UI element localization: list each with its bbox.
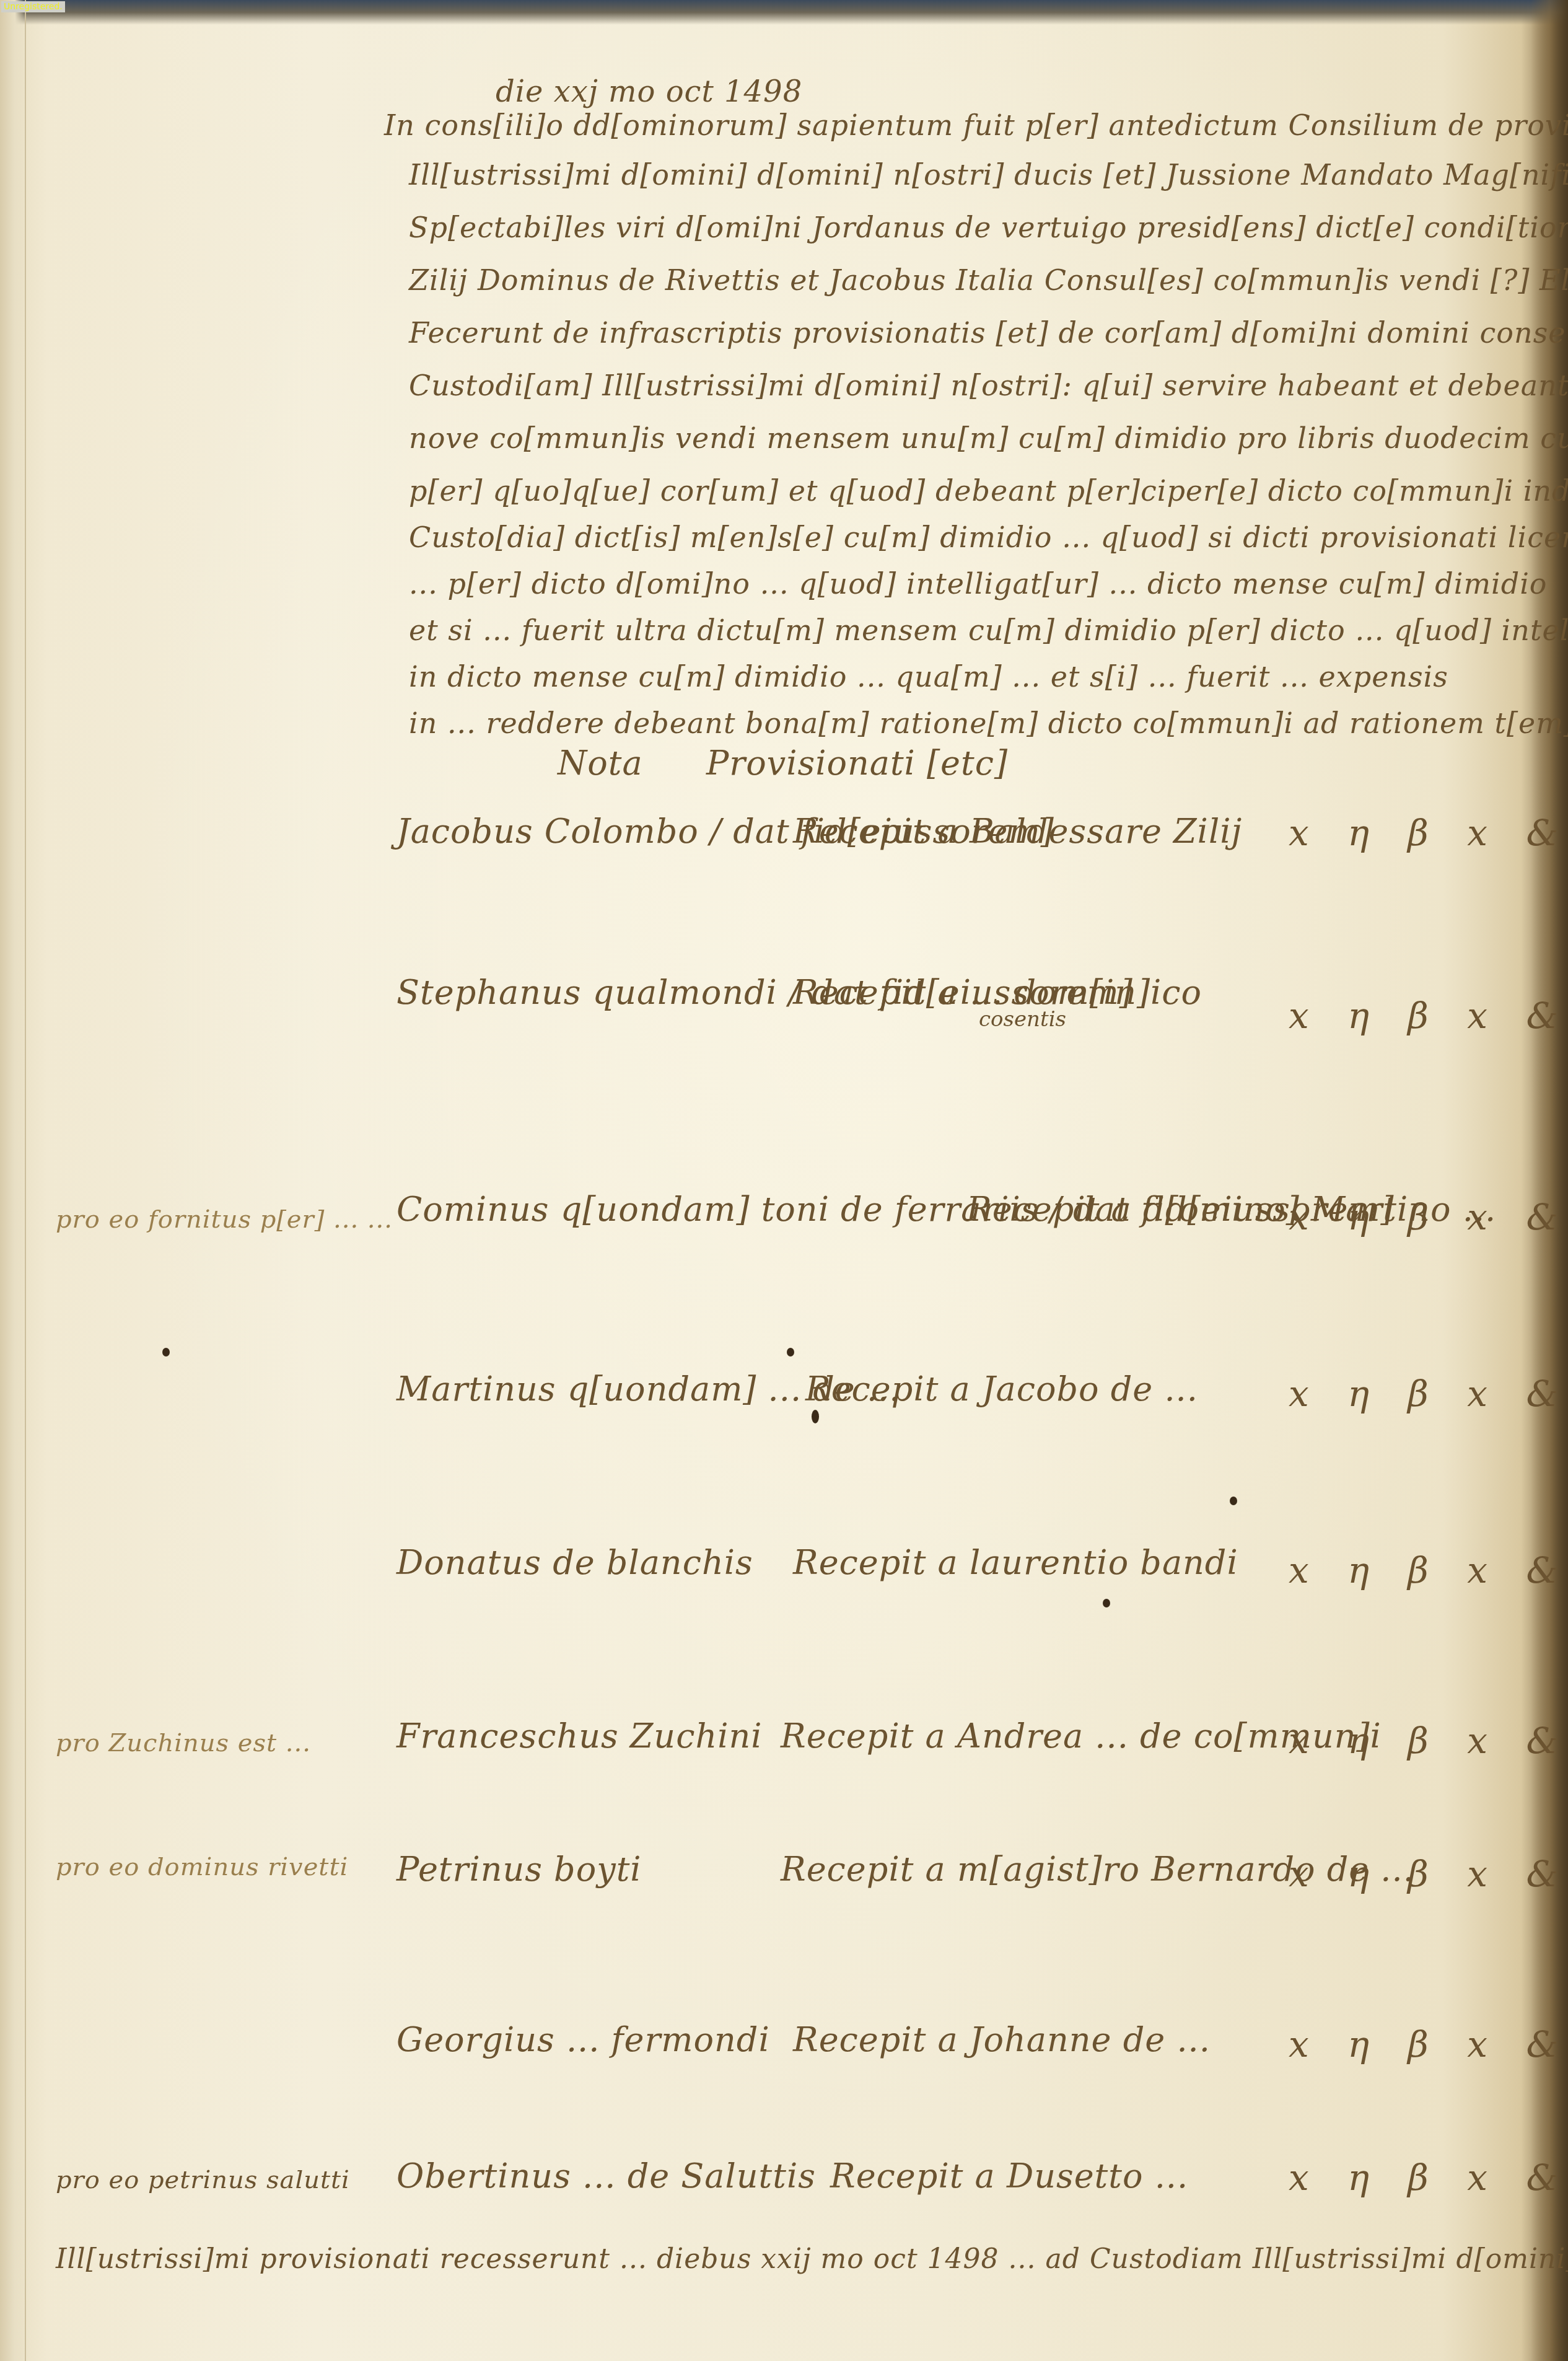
entry-marks: x η β x & [1289, 995, 1568, 1037]
entry-name: Obertinus ... de Saluttis [396, 2157, 816, 2196]
entry-surety: Recepit a Jacobo de ... [805, 1370, 1198, 1409]
entry-marks: x η β x & [1289, 1373, 1568, 1415]
date-line: die xxj mo oct 1498 [496, 74, 802, 109]
entry-surety: Recepit a laurentio bandi [793, 1543, 1238, 1582]
ink-blot [812, 1410, 819, 1423]
paragraph-line: Zilij Dominus de Rivettis et Jacobus Ita… [409, 263, 1568, 297]
paragraph-line: Ill[ustrissi]mi d[omini] d[omini] n[ostr… [409, 158, 1568, 191]
ink-blot [1103, 1599, 1110, 1607]
entry-marks: x η β x & [1289, 1853, 1568, 1895]
entry-marks: x η β x & [1289, 1720, 1568, 1762]
paragraph-line: in dicto mense cu[m] dimidio ... qua[m] … [409, 660, 1448, 693]
entry-name: Donatus de blanchis [396, 1543, 753, 1582]
paragraph-line: et si ... fuerit ultra dictu[m] mensem c… [409, 613, 1568, 647]
entry-name: Georgius ... fermondi [396, 2020, 770, 2059]
ink-blot [1230, 1497, 1237, 1505]
entry-marks: x η β x & [1289, 1196, 1568, 1238]
paragraph-line: Custodi[am] Ill[ustrissi]mi d[omini] n[o… [409, 369, 1568, 402]
list-heading-provisionati: Provisionati [etc] [706, 744, 1008, 783]
manuscript-page: Unregistered. die xxj mo oct 1498 In con… [0, 0, 1568, 2361]
paragraph-line: in ... reddere debeant bona[m] ratione[m… [409, 706, 1568, 740]
ink-blot [162, 1348, 170, 1356]
footer-line: Ill[ustrissi]mi provisionati recesserunt… [56, 2243, 1568, 2275]
page-left-edge [0, 0, 26, 2361]
entry-marks: x η β x & [1289, 2023, 1568, 2065]
paragraph-line: Custo[dia] dict[is] m[en]s[e] cu[m] dimi… [409, 521, 1568, 554]
binding-shadow [1531, 0, 1568, 2361]
margin-note: pro Zuchinus est ... [56, 1729, 311, 1757]
paragraph-line: nove co[mmun]is vendi mensem unu[m] cu[m… [409, 421, 1568, 455]
ink-blot [787, 1348, 794, 1356]
entry-marks: x η β x & [1289, 1549, 1568, 1591]
entry-name: Petrinus boyti [396, 1850, 642, 1889]
entry-name: Franceschus Zuchini [396, 1717, 762, 1756]
entry-surety: Recepit a Johanne de ... [793, 2020, 1211, 2059]
paragraph-line: p[er] q[uo]q[ue] cor[um] et q[uod] debea… [409, 474, 1568, 508]
unregistered-watermark: Unregistered. [1, 1, 65, 12]
entry-marks: x η β x & [1289, 2157, 1568, 2199]
paragraph-line: ... p[er] dicto d[omi]no ... q[uod] inte… [409, 567, 1548, 600]
entry-surety: Recepit a Baldessare Zilij [793, 812, 1242, 851]
paragraph-line: Sp[ectabi]les viri d[omi]ni Jordanus de … [409, 211, 1568, 244]
margin-note: pro eo petrinus salutti [56, 2166, 350, 2194]
entry-marks: x η β x & [1289, 812, 1568, 854]
entry-surety: Recepit a ... dom[in]ico [793, 973, 1202, 1012]
list-heading-nota: Nota [558, 744, 643, 783]
margin-note: pro eo fornitus p[er] ... ... [56, 1205, 393, 1234]
margin-note: pro eo dominus rivetti [56, 1853, 348, 1881]
entry-surety: Recepit a Dusetto ... [830, 2157, 1188, 2196]
entry-surety-sub: cosentis [979, 1007, 1066, 1032]
paragraph-line: In cons[ili]o dd[ominorum] sapientum fui… [384, 108, 1568, 142]
page-top-edge [0, 0, 1568, 25]
paragraph-line: Fecerunt de infrascriptis provisionatis … [409, 316, 1568, 350]
